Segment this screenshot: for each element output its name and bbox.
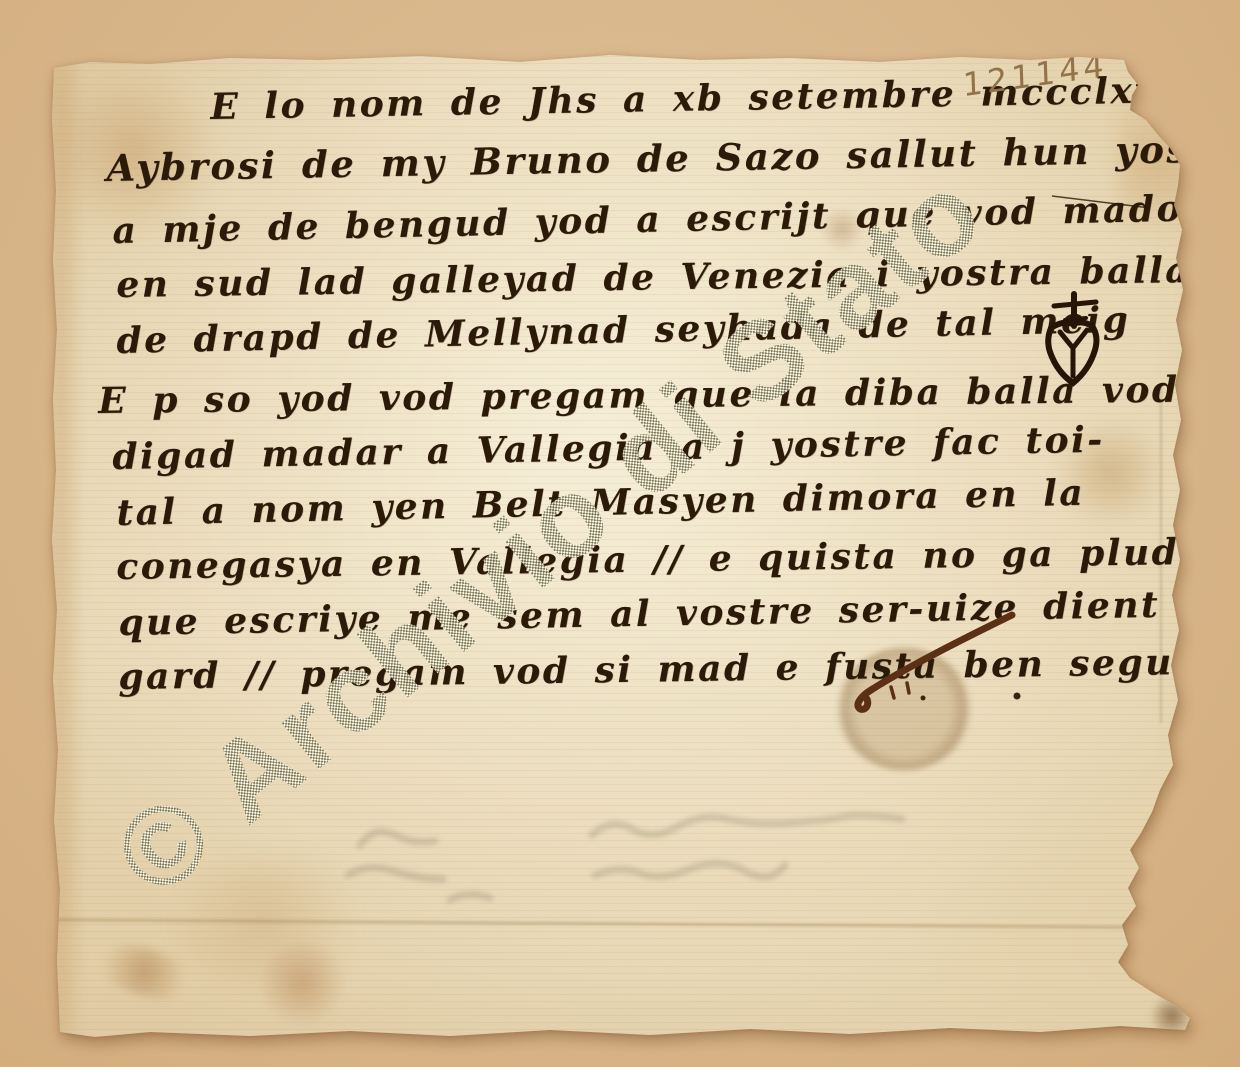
paper-shadow-wrap: E lo nom de Jhs a xb setembre mccclxxxxb…: [0, 0, 1240, 1067]
manuscript-paper: E lo nom de Jhs a xb setembre mccclxxxxb…: [0, 0, 1240, 1067]
scanned-document: E lo nom de Jhs a xb setembre mccclxxxxb…: [0, 0, 1240, 1067]
